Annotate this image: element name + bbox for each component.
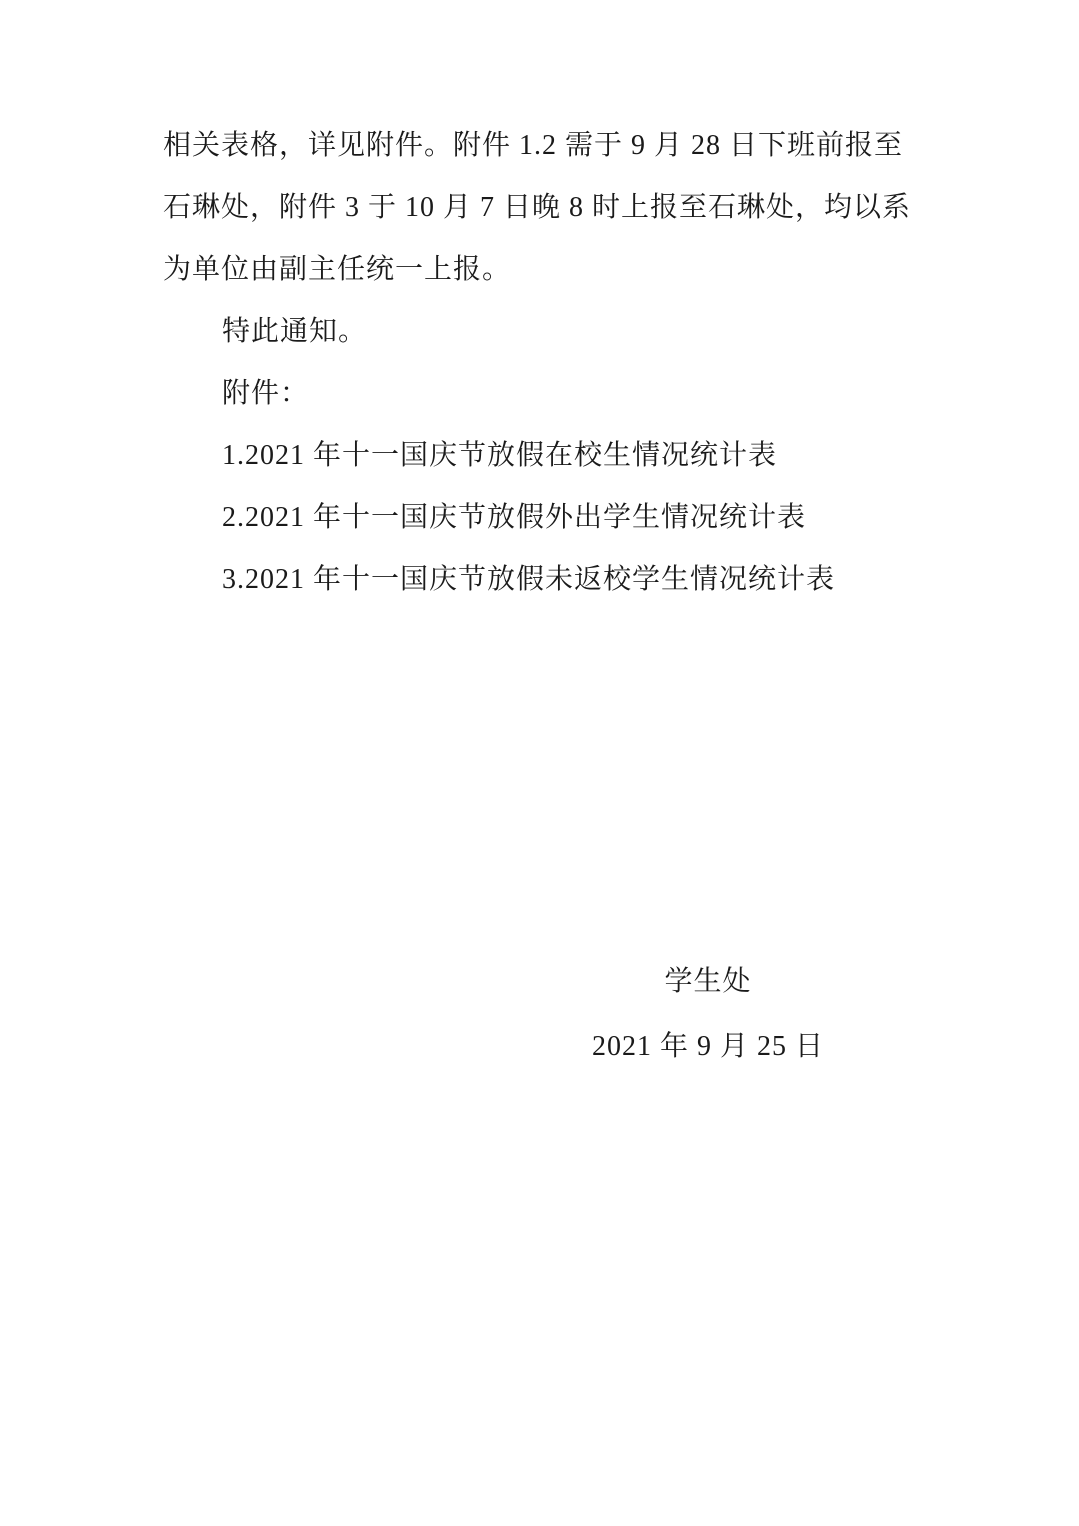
document-page: 相关表格，详见附件。附件 1.2 需于 9 月 28 日下班前报至 石琳处，附件… bbox=[0, 0, 1079, 1526]
attachment-item-3: 3.2021 年十一国庆节放假未返校学生情况统计表 bbox=[163, 549, 963, 611]
paragraph-line-3: 为单位由副主任统一上报。 bbox=[163, 239, 963, 301]
paragraph-line-2: 石琳处，附件 3 于 10 月 7 日晚 8 时上报至石琳处，均以系 bbox=[163, 177, 963, 239]
signer-name: 学生处 bbox=[448, 949, 968, 1014]
notice-body: 相关表格，详见附件。附件 1.2 需于 9 月 28 日下班前报至 石琳处，附件… bbox=[163, 115, 963, 611]
paragraph-line-1: 相关表格，详见附件。附件 1.2 需于 9 月 28 日下班前报至 bbox=[163, 115, 963, 177]
signature-date: 2021 年 9 月 25 日 bbox=[448, 1014, 968, 1079]
attachments-heading: 附件： bbox=[163, 363, 963, 425]
closing-line: 特此通知。 bbox=[163, 301, 963, 363]
signature-block: 学生处 2021 年 9 月 25 日 bbox=[448, 949, 968, 1079]
attachment-item-2: 2.2021 年十一国庆节放假外出学生情况统计表 bbox=[163, 487, 963, 549]
attachment-item-1: 1.2021 年十一国庆节放假在校生情况统计表 bbox=[163, 425, 963, 487]
